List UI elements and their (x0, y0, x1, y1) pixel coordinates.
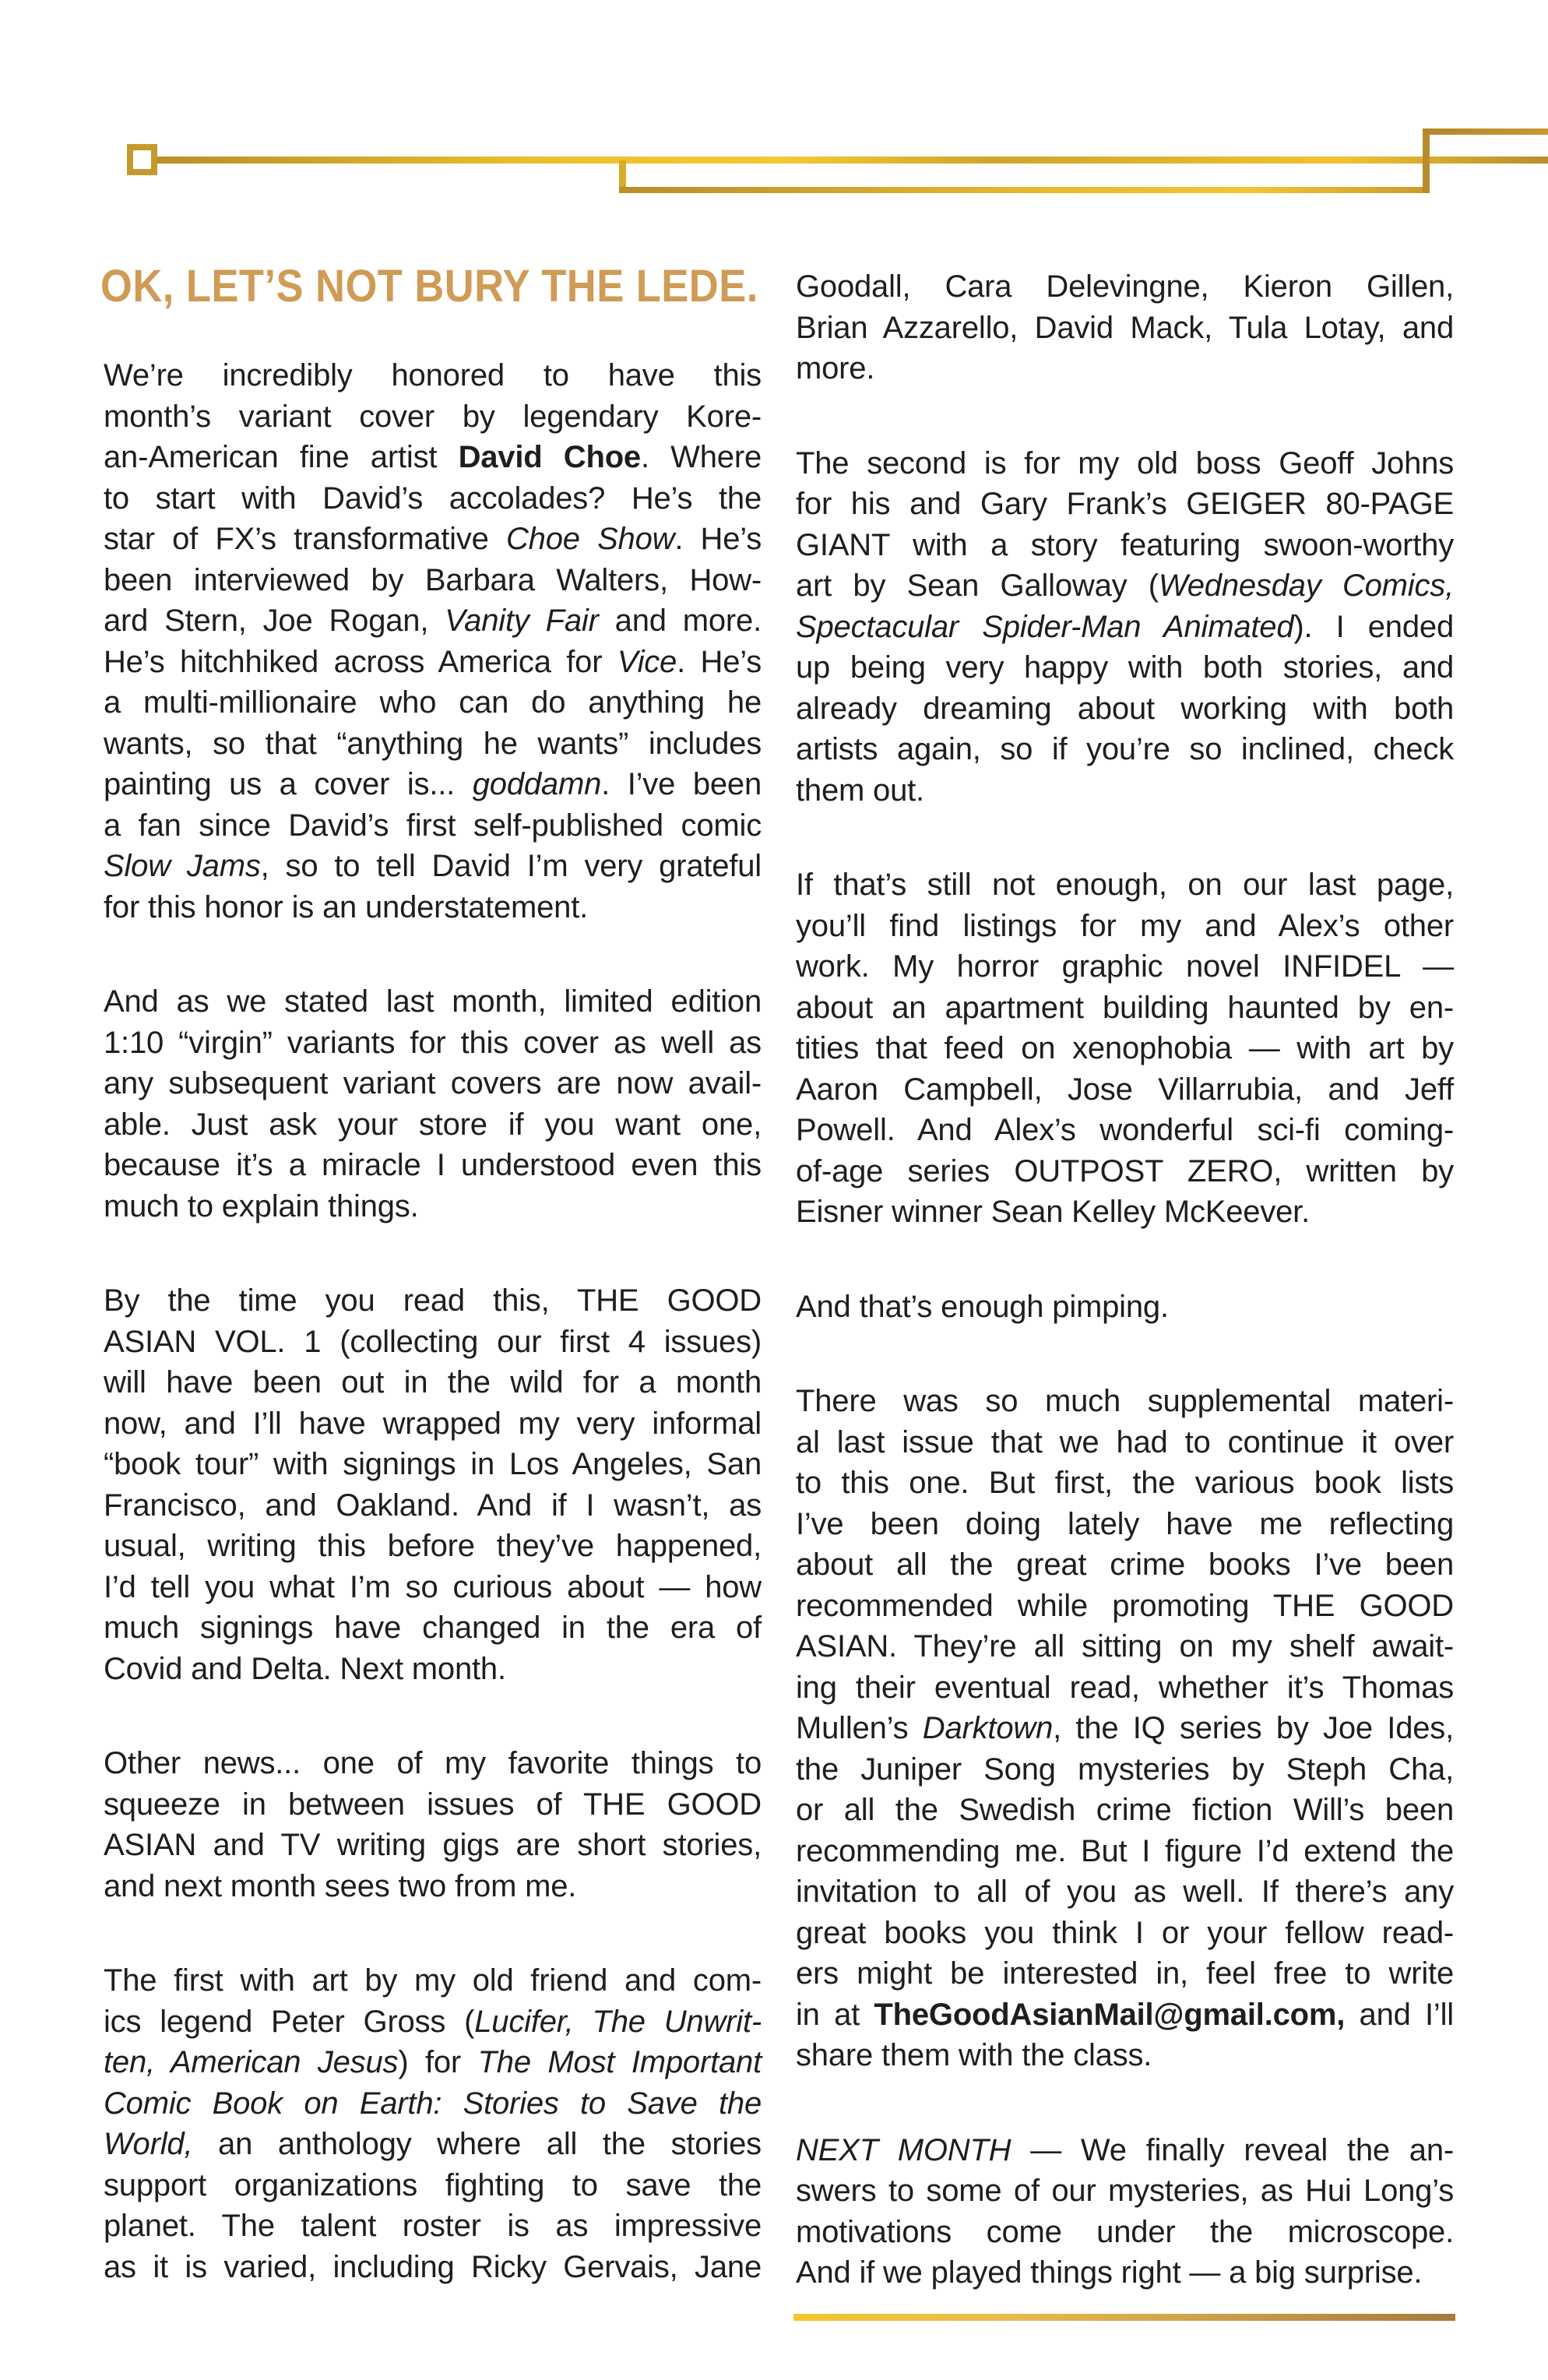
text-line: month’s variant cover by legendary Kore- (104, 396, 762, 438)
text-line: to start with David’s accolades? He’s th… (104, 478, 762, 519)
text-line: much signings have changed in the era of (104, 1607, 762, 1649)
text-line: ASIAN and TV writing gigs are short stor… (104, 1825, 762, 1866)
text-line: art by Sean Galloway (Wednesday Comics, (796, 565, 1454, 607)
text-line: you’ll find listings for my and Alex’s o… (796, 906, 1454, 947)
text-line: We’re incredibly honored to have this (104, 355, 762, 396)
paragraph: NEXT MONTH — We finally reveal the an-sw… (796, 2130, 1454, 2294)
text-line: Mullen’s Darktown, the IQ series by Joe … (796, 1708, 1454, 1749)
text-line: “book tour” with signings in Los Angeles… (104, 1444, 762, 1485)
text-line: ten, American Jesus) for The Most Import… (104, 2042, 762, 2083)
text-line: because it’s a miracle I understood even… (104, 1145, 762, 1186)
text-line: an-American fine artist David Choe. Wher… (104, 437, 762, 478)
text-line: invitation to all of you as well. If the… (796, 1871, 1454, 1913)
text-line: Brian Azzarello, David Mack, Tula Lotay,… (796, 308, 1454, 349)
column-left: We’re incredibly honored to have thismon… (104, 355, 762, 2287)
text-line: wants, so that “anything he wants” inclu… (104, 724, 762, 765)
text-line: swers to some of our mysteries, as Hui L… (796, 2171, 1454, 2212)
ornament-top-right-rule (1423, 129, 1548, 135)
text-line: a fan since David’s first self-published… (104, 805, 762, 847)
text-line: will have been out in the wild for a mon… (104, 1362, 762, 1403)
text-line: any subsequent variant covers are now av… (104, 1063, 762, 1104)
text-line: much to explain things. (104, 1186, 762, 1227)
text-line: Francisco, and Oakland. And if I wasn’t,… (104, 1485, 762, 1526)
text-line: Aaron Campbell, Jose Villarrubia, and Je… (796, 1069, 1454, 1111)
text-line: motivations come under the microscope. (796, 2212, 1454, 2253)
text-line: And that’s enough pimping. (796, 1287, 1454, 1328)
text-line: great books you think I or your fellow r… (796, 1913, 1454, 1954)
text-line: about all the great crime books I’ve bee… (796, 1544, 1454, 1586)
ornament-right-riser (1423, 129, 1430, 193)
text-line: squeeze in between issues of THE GOOD (104, 1784, 762, 1825)
text-line: tities that feed on xenophobia — with ar… (796, 1028, 1454, 1069)
text-line: GIANT with a story featuring swoon-worth… (796, 525, 1454, 566)
text-line: and next month sees two from me. (104, 1866, 762, 1907)
text-line: Slow Jams, so to tell David I’m very gra… (104, 846, 762, 887)
text-line: in at TheGoodAsianMail@gmail.com, and I’… (796, 1994, 1454, 2036)
letters-editorial-page: OK, LET’S NOT BURY THE LEDE. We’re incre… (0, 0, 1548, 2380)
bottom-rule (793, 2314, 1455, 2321)
text-line: painting us a cover is... goddamn. I’ve … (104, 764, 762, 805)
text-line: up being very happy with both stories, a… (796, 647, 1454, 688)
paragraph: The first with art by my old friend and … (104, 1960, 762, 2287)
text-line: NEXT MONTH — We finally reveal the an- (796, 2130, 1454, 2171)
text-line: Eisner winner Sean Kelley McKeever. (796, 1192, 1454, 1233)
text-line: the Juniper Song mysteries by Steph Cha, (796, 1749, 1454, 1790)
text-line: 1:10 “virgin” variants for this cover as… (104, 1023, 762, 1064)
paragraph: Goodall, Cara Delevingne, Kieron Gillen,… (796, 266, 1454, 389)
text-line: al last issue that we had to continue it… (796, 1422, 1454, 1463)
text-line: a multi-millionaire who can do anything … (104, 682, 762, 724)
text-line: or all the Swedish crime fiction Will’s … (796, 1790, 1454, 1831)
text-line: support organizations fighting to save t… (104, 2165, 762, 2206)
text-line: been interviewed by Barbara Walters, How… (104, 560, 762, 601)
text-line: work. My horror graphic novel INFIDEL — (796, 946, 1454, 988)
text-line: ASIAN VOL. 1 (collecting our first 4 iss… (104, 1322, 762, 1363)
text-line: Other news... one of my favorite things … (104, 1743, 762, 1784)
text-line: I’d tell you what I’m so curious about —… (104, 1567, 762, 1608)
column-right: Goodall, Cara Delevingne, Kieron Gillen,… (796, 266, 1454, 2294)
text-line: recommended while promoting THE GOOD (796, 1586, 1454, 1627)
text-line: Goodall, Cara Delevingne, Kieron Gillen, (796, 266, 1454, 308)
paragraph: And that’s enough pimping. (796, 1287, 1454, 1328)
text-line: The first with art by my old friend and … (104, 1960, 762, 2002)
ornament-main-rule (157, 157, 1548, 164)
text-line: I’ve been doing lately have me reflectin… (796, 1504, 1454, 1545)
paragraph: And as we stated last month, limited edi… (104, 981, 762, 1227)
paragraph: There was so much supplemental materi-al… (796, 1381, 1454, 2076)
text-line: for his and Gary Frank’s GEIGER 80-PAGE (796, 484, 1454, 525)
text-line: planet. The talent roster is as impressi… (104, 2206, 762, 2247)
paragraph: We’re incredibly honored to have thismon… (104, 355, 762, 928)
paragraph: If that’s still not enough, on our last … (796, 864, 1454, 1233)
text-line: about an apartment building haunted by e… (796, 988, 1454, 1029)
text-line: He’s hitchhiked across America for Vice.… (104, 642, 762, 683)
paragraph: The second is for my old boss Geoff John… (796, 443, 1454, 812)
text-line: Covid and Delta. Next month. (104, 1649, 762, 1690)
text-line: usual, writing this before they’ve happe… (104, 1526, 762, 1567)
ornament-lower-rule (619, 187, 1430, 193)
text-line: If that’s still not enough, on our last … (796, 864, 1454, 906)
text-line: And as we stated last month, limited edi… (104, 981, 762, 1023)
ornament-square-icon (127, 144, 157, 175)
text-line: them out. (796, 770, 1454, 812)
text-line: able. Just ask your store if you want on… (104, 1104, 762, 1146)
text-line: Spectacular Spider-Man Animated). I ende… (796, 607, 1454, 648)
text-line: for this honor is an understatement. (104, 887, 762, 928)
text-line: ard Stern, Joe Rogan, Vanity Fair and mo… (104, 600, 762, 642)
text-line: ASIAN. They’re all sitting on my shelf a… (796, 1626, 1454, 1667)
paragraph: Other news... one of my favorite things … (104, 1743, 762, 1906)
text-line: of-age series OUTPOST ZERO, written by (796, 1151, 1454, 1192)
text-line: to this one. But first, the various book… (796, 1463, 1454, 1504)
text-line: Powell. And Alex’s wonderful sci-fi comi… (796, 1110, 1454, 1151)
text-line: There was so much supplemental materi- (796, 1381, 1454, 1422)
paragraph: By the time you read this, THE GOODASIAN… (104, 1280, 762, 1689)
text-line: recommending me. But I figure I’d extend… (796, 1831, 1454, 1872)
text-line: already dreaming about working with both (796, 688, 1454, 730)
text-line: World, an anthology where all the storie… (104, 2124, 762, 2165)
text-line: now, and I’ll have wrapped my very infor… (104, 1403, 762, 1445)
text-line: Comic Book on Earth: Stories to Save the (104, 2083, 762, 2125)
text-line: ing their eventual read, whether it’s Th… (796, 1667, 1454, 1709)
text-line: artists again, so if you’re so inclined,… (796, 729, 1454, 770)
text-line: The second is for my old boss Geoff John… (796, 443, 1454, 484)
text-line: ers might be interested in, feel free to… (796, 1953, 1454, 1994)
text-line: By the time you read this, THE GOOD (104, 1280, 762, 1322)
text-line: share them with the class. (796, 2035, 1454, 2076)
page-title: OK, LET’S NOT BURY THE LEDE. (100, 264, 758, 309)
text-line: more. (796, 348, 1454, 389)
text-line: ics legend Peter Gross (Lucifer, The Unw… (104, 2002, 762, 2043)
text-line: star of FX’s transformative Choe Show. H… (104, 519, 762, 560)
text-line: as it is varied, including Ricky Gervais… (104, 2247, 762, 2288)
text-line: And if we played things right — a big su… (796, 2252, 1454, 2294)
